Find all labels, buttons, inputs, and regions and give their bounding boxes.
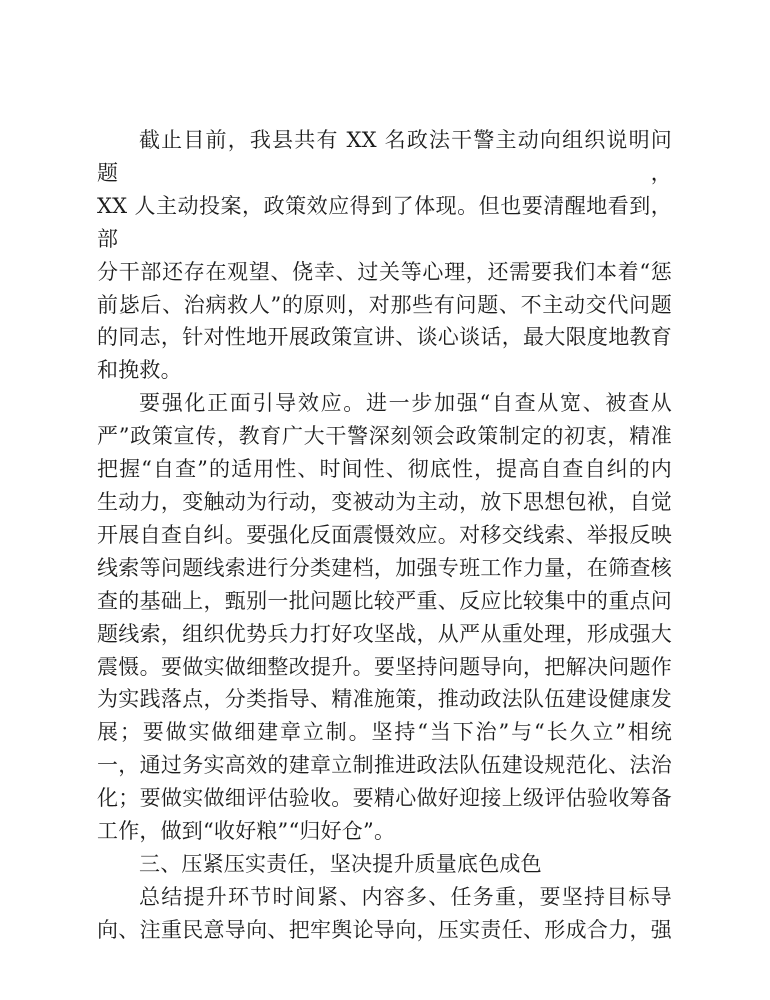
text-line: 前毖后、治病救人”的原则，对那些有问题、不主动交代问题 [97,289,672,322]
text-line: 和挽救。 [97,354,672,387]
text-line: 题线索，组织优势兵力打好攻坚战，从严从重处理，形成强大 [97,618,672,651]
text-line: 线索等问题线索进行分类建档，加强专班工作力量，在筛查核 [97,552,672,585]
text-line: 截止目前，我县共有 XX 名政法干警主动向组织说明问题， [97,124,672,190]
text-line: 一，通过务实高效的建章立制推进政法队伍建设规范化、法治 [97,749,672,782]
section-heading: 三、压紧压实责任，坚决提升质量底色成色 [97,848,672,881]
text-line: 要强化正面引导效应。进一步加强“自查从宽、被查从 [97,387,672,420]
text-line: 把握“自查”的适用性、时间性、彻底性，提高自查自纠的内 [97,453,672,486]
text-line: 工作，做到“收好粮”“归好仓”。 [97,815,672,848]
text-line: 展；要做实做细建章立制。坚持“当下治”与“长久立”相统 [97,716,672,749]
text-line: 震慑。要做实做细整改提升。要坚持问题导向，把解决问题作 [97,651,672,684]
text-line: 生动力，变触动为行动，变被动为主动，放下思想包袱，自觉 [97,486,672,519]
text-line: 开展自查自纠。要强化反面震慑效应。对移交线索、举报反映 [97,519,672,552]
paragraph: 要强化正面引导效应。进一步加强“自查从宽、被查从严”政策宣传，教育广大干警深刻领… [97,387,672,848]
text-line: 查的基础上，甄别一批问题比较严重、反应比较集中的重点问 [97,585,672,618]
document-body: 截止目前，我县共有 XX 名政法干警主动向组织说明问题，XX 人主动投案，政策效… [97,124,672,947]
text-line: 总结提升环节时间紧、内容多、任务重，要坚持目标导 [97,881,672,914]
text-line: 三、压紧压实责任，坚决提升质量底色成色 [97,848,672,881]
paragraph: 总结提升环节时间紧、内容多、任务重，要坚持目标导向、注重民意导向、把牢舆论导向，… [97,881,672,947]
text-line: 向、注重民意导向、把牢舆论导向，压实责任、形成合力，强 [97,914,672,947]
text-line: 的同志，针对性地开展政策宣讲、谈心谈话，最大限度地教育 [97,321,672,354]
document-page: 截止目前，我县共有 XX 名政法干警主动向组织说明问题，XX 人主动投案，政策效… [0,0,770,1000]
text-line: 严”政策宣传，教育广大干警深刻领会政策制定的初衷，精准 [97,420,672,453]
text-line: 化；要做实做细评估验收。要精心做好迎接上级评估验收筹备 [97,782,672,815]
text-line: 为实践落点，分类指导、精准施策，推动政法队伍建设健康发 [97,683,672,716]
text-line: XX 人主动投案，政策效应得到了体现。但也要清醒地看到，部 [97,190,672,256]
paragraph: 截止目前，我县共有 XX 名政法干警主动向组织说明问题，XX 人主动投案，政策效… [97,124,672,387]
text-line: 分干部还存在观望、侥幸、过关等心理，还需要我们本着“惩 [97,256,672,289]
